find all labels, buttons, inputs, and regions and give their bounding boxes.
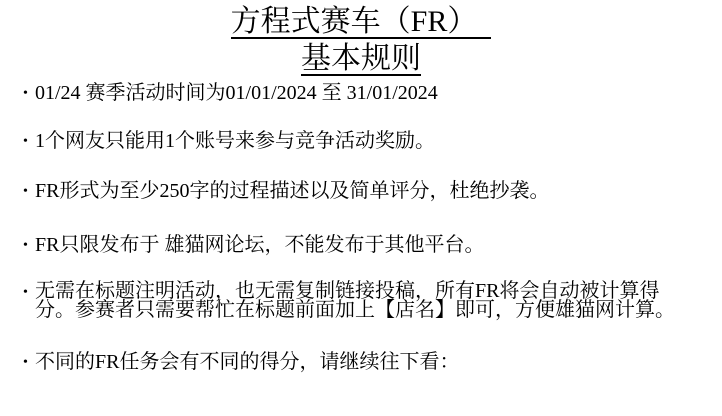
slide-title: 方程式赛车（FR） 基本规则 — [0, 6, 722, 80]
bullet-item-forum-only: • FR只限发布于 雄猫网论坛，不能发布于其他平台。 — [23, 235, 718, 256]
bullet-text: FR形式为至少250字的过程描述以及简单评分，杜绝抄袭。 — [35, 181, 549, 201]
slide: 方程式赛车（FR） 基本规则 • 01/24 赛季活动时间为01/01/2024… — [0, 0, 722, 416]
bullet-item-fr-format: • FR形式为至少250字的过程描述以及简单评分，杜绝抄袭。 — [23, 181, 718, 202]
bullet-icon: • — [23, 235, 35, 256]
title-line-1-wrap: 方程式赛车（FR） — [0, 6, 722, 43]
title-line-2: 基本规则 — [301, 43, 421, 76]
bullet-text: FR只限发布于 雄猫网论坛，不能发布于其他平台。 — [35, 235, 484, 255]
bullet-text: 无需在标题注明活动，也无需复制链接投稿，所有FR将会自动被计算得 分。参赛者只需… — [35, 282, 675, 320]
title-line-1: 方程式赛车（FR） — [231, 6, 492, 39]
bullet-text-line-2: 分。参赛者只需要帮忙在标题前面加上【店名】即可，方便雄猫网计算。 — [35, 301, 675, 320]
bullet-icon: • — [23, 282, 35, 303]
bullet-item-season-dates: • 01/24 赛季活动时间为01/01/2024 至 31/01/2024 — [23, 83, 718, 104]
bullet-icon: • — [23, 352, 35, 373]
bullet-item-one-account: • 1个网友只能用1个账号来参与竞争活动奖励。 — [23, 131, 718, 152]
bullet-text: 1个网友只能用1个账号来参与竞争活动奖励。 — [35, 131, 435, 151]
bullet-text: 不同的FR任务会有不同的得分，请继续往下看： — [35, 352, 459, 372]
bullet-item-different-scores: • 不同的FR任务会有不同的得分，请继续往下看： — [23, 352, 718, 373]
bullet-text: 01/24 赛季活动时间为01/01/2024 至 31/01/2024 — [35, 83, 438, 103]
bullet-item-auto-count: • 无需在标题注明活动，也无需复制链接投稿，所有FR将会自动被计算得 分。参赛者… — [23, 282, 718, 320]
bullet-icon: • — [23, 131, 35, 152]
title-line-2-wrap: 基本规则 — [0, 43, 722, 80]
bullet-icon: • — [23, 181, 35, 202]
bullet-icon: • — [23, 83, 35, 104]
